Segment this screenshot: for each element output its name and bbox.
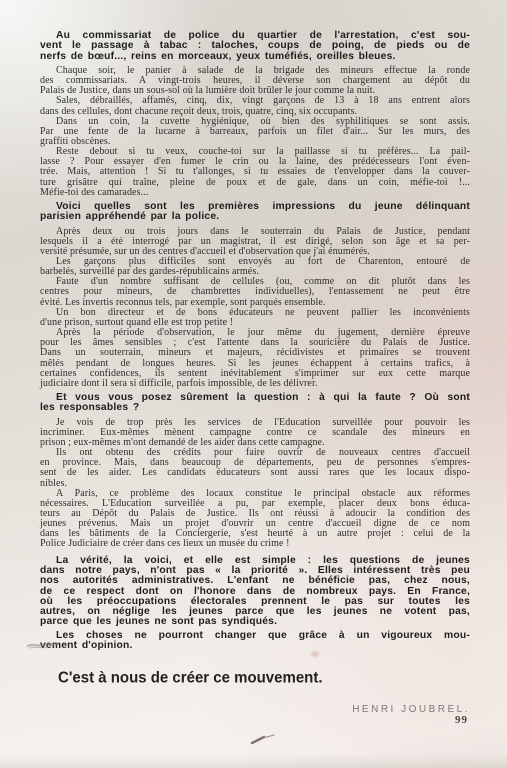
body-paragraph: A Paris, ce problème des locaux constitu… xyxy=(40,489,470,550)
lead-paragraph: Les choses ne pourront changer que grâce… xyxy=(40,631,470,652)
text-line: Méfie-toi des camarades... xyxy=(40,188,470,198)
author-signature: HENRI JOUBREL. xyxy=(40,704,507,715)
text-line: parce que les jeunes ne sont pas syndiqu… xyxy=(40,617,470,627)
closing-heading: C'est à nous de créer ce mouvement. xyxy=(40,670,470,687)
lead-paragraph: La vérité, la voici, et elle est simple … xyxy=(40,556,470,628)
body-paragraph: Après la période d'observation, le jour … xyxy=(40,328,470,389)
text-line: les responsables ? xyxy=(40,403,470,413)
subhead-paragraph: Et vous vous posez sûrement la question … xyxy=(40,393,470,414)
text-line: nos autorités administratives. L'enfant … xyxy=(40,576,470,586)
body-paragraph: Après deux ou trois jours dans le souter… xyxy=(40,227,470,257)
body-paragraph: Un bon directeur et de bons éducateurs n… xyxy=(40,308,470,328)
ink-smudge-mark xyxy=(27,640,61,650)
subhead-paragraph: Voici quelles sont les premières impress… xyxy=(40,202,470,223)
text-line: Sales, débraillés, affamés, cinq, dix, v… xyxy=(40,96,470,106)
text-line: Police Judiciaire de créer dans ces lieu… xyxy=(40,539,470,549)
page-bottom-shadow xyxy=(0,754,507,768)
text-line: judiciaire dont il sera si difficile, pa… xyxy=(40,379,470,389)
text-line: nerfs de bœuf..., reins en morceaux, yeu… xyxy=(40,52,470,62)
pink-stain xyxy=(311,651,319,657)
text-line: sent de les aider. Les candidats éducate… xyxy=(40,468,470,478)
body-paragraph: Dans un coin, la cuvette hygiénique, où … xyxy=(40,117,470,147)
body-paragraph: Ils ont obtenu des crédits pour faire ou… xyxy=(40,448,470,489)
body-paragraph: Sales, débraillés, affamés, cinq, dix, v… xyxy=(40,96,470,116)
text-line: vement d'opinion. xyxy=(40,641,470,651)
body-paragraph: Les garçons plus difficiles sont envoyés… xyxy=(40,257,470,277)
text-column: Au commissariat de police du quartier de… xyxy=(40,31,470,656)
lead-paragraph: Au commissariat de police du quartier de… xyxy=(40,31,470,62)
body-paragraph: Chaque soir, le panier à salade de la br… xyxy=(40,66,470,96)
body-paragraph: Reste debout si tu veux, couche-toi sur … xyxy=(40,147,470,198)
scanned-page: Au commissariat de police du quartier de… xyxy=(0,0,507,768)
pencil-mark xyxy=(250,733,276,745)
body-paragraph: Faute d'un nombre suffisant de cellules … xyxy=(40,277,470,307)
text-line: parisien appréhendé par la police. xyxy=(40,212,470,222)
body-paragraph: Je vois de trop près les services de l'E… xyxy=(40,418,470,448)
page-number: 99 xyxy=(455,714,468,726)
